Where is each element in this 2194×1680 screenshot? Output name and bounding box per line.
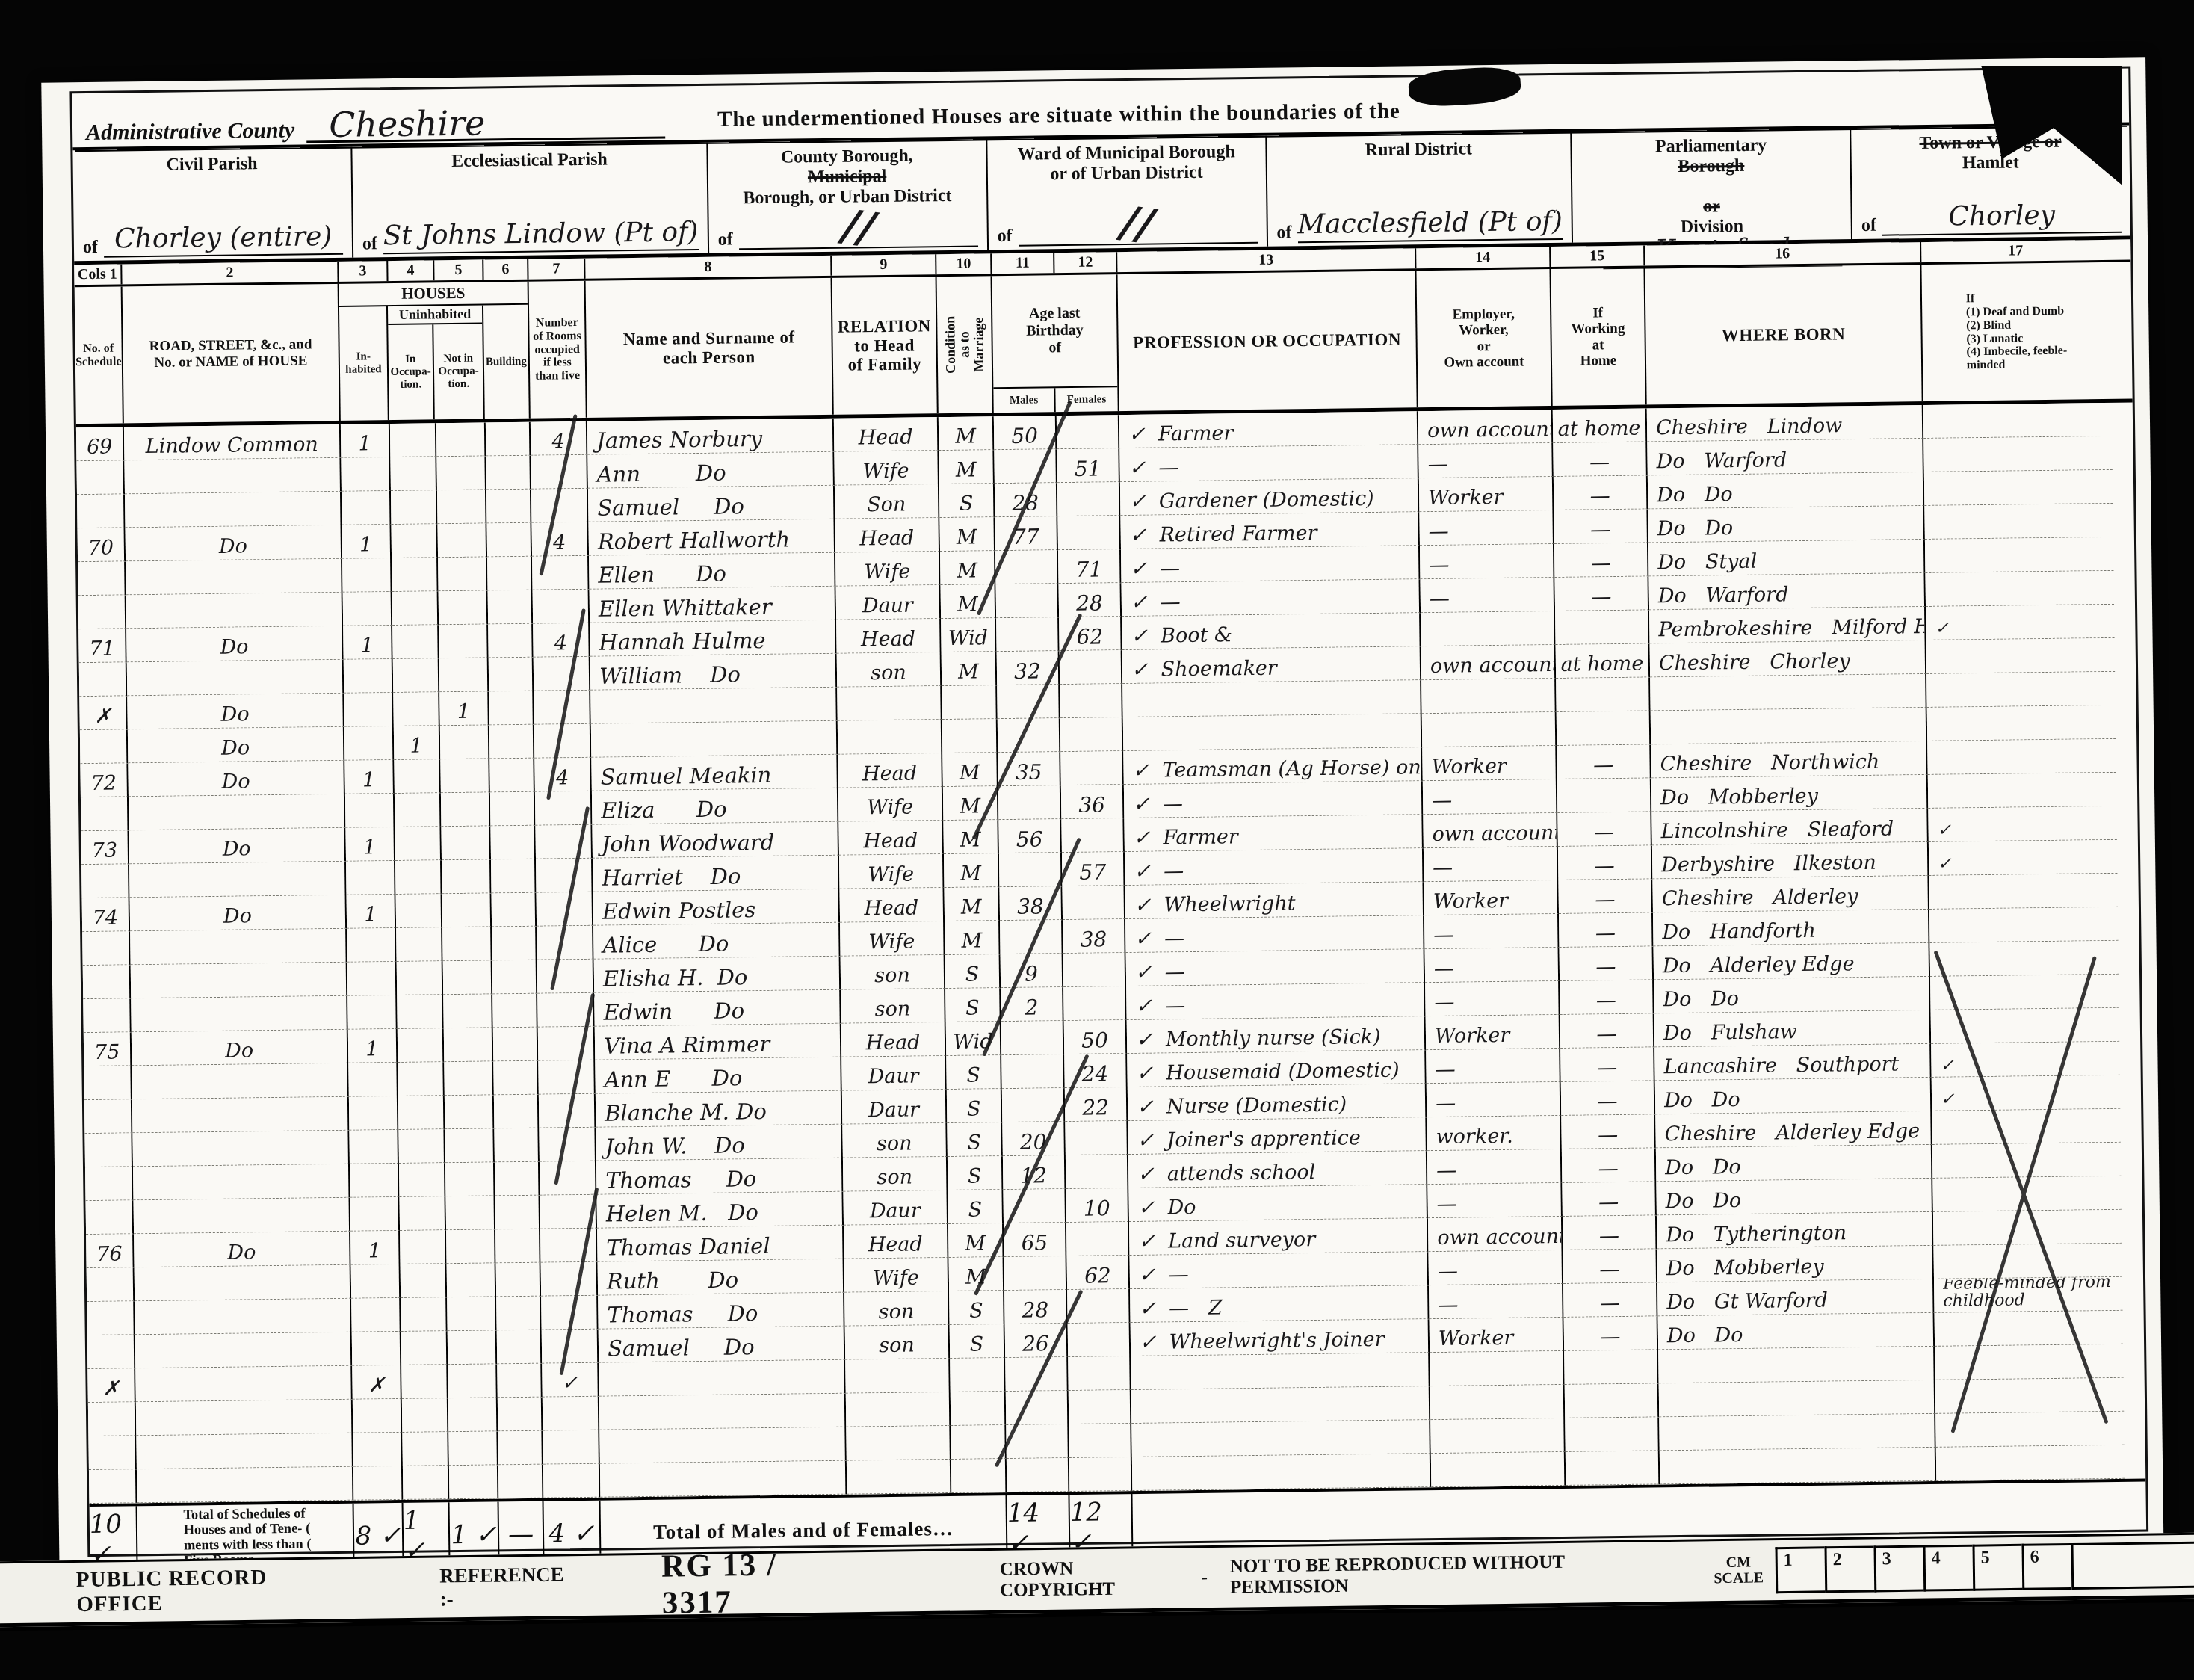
cell-i6 bbox=[489, 658, 534, 692]
cell-af bbox=[1069, 1457, 1133, 1492]
cell-born: Do Gt Warford bbox=[1657, 1279, 1935, 1317]
cm-scale-ruler: 123456 bbox=[1775, 1542, 2194, 1594]
cell-af bbox=[1068, 1356, 1131, 1391]
cell-i3 bbox=[345, 794, 395, 828]
cell-r bbox=[131, 963, 348, 999]
cell-born: Cheshire Northwich bbox=[1651, 741, 1928, 779]
cell-emp: — bbox=[1427, 1149, 1563, 1185]
cell-name: Samuel Do bbox=[588, 486, 835, 522]
cell-emp: own account bbox=[1418, 410, 1554, 445]
total-not-in-occupation: 1 ✓ bbox=[451, 1519, 496, 1550]
cell-occ: ✓ Land surveyor bbox=[1129, 1218, 1429, 1256]
cm-scale-tick: 3 bbox=[1873, 1545, 1923, 1593]
cell-i3 bbox=[353, 1399, 403, 1433]
cell-i5 bbox=[441, 792, 491, 827]
cell-inf bbox=[1924, 504, 2113, 540]
cell-s: 74 bbox=[82, 898, 131, 932]
cell-i5 bbox=[439, 658, 489, 692]
cell-name: Hannah Hulme bbox=[590, 620, 837, 657]
cell-rm bbox=[539, 1094, 596, 1128]
cell-home bbox=[1557, 778, 1652, 813]
ward-label: Ward of Municipal Borough or of Urban Di… bbox=[993, 142, 1260, 185]
cell-i4 bbox=[402, 1432, 449, 1466]
cell-i6 bbox=[498, 1465, 544, 1499]
column-number: 3 bbox=[339, 261, 388, 282]
cell-i4 bbox=[392, 524, 439, 558]
cell-name bbox=[599, 1427, 847, 1464]
cell-s: 75 bbox=[84, 1032, 132, 1066]
column-number: 4 bbox=[388, 260, 434, 281]
cell-home: — bbox=[1554, 476, 1648, 511]
cell-i6 bbox=[492, 994, 538, 1028]
cell-r: Do bbox=[127, 694, 344, 730]
cell-name: Samuel Do bbox=[599, 1327, 846, 1363]
cell-i4 bbox=[398, 1096, 445, 1130]
cell-rm: 4 bbox=[531, 421, 588, 456]
column-number: 14 bbox=[1416, 247, 1551, 268]
cell-rel: Daur bbox=[841, 1056, 947, 1091]
cell-i5 bbox=[445, 1095, 495, 1129]
cell-rel: Head bbox=[840, 888, 945, 923]
cell-cond bbox=[951, 1459, 1007, 1493]
cell-r bbox=[135, 1366, 353, 1403]
cell-rel: Son bbox=[835, 484, 940, 519]
cell-inf: ✓ bbox=[1931, 1042, 2120, 1078]
cell-s bbox=[85, 1167, 134, 1201]
cell-rel: Wife bbox=[835, 552, 941, 587]
cell-rm bbox=[542, 1330, 599, 1364]
cell-born: Cheshire Chorley bbox=[1650, 640, 1927, 678]
cell-inf bbox=[1930, 941, 2119, 977]
col-head-building: Building bbox=[483, 305, 529, 419]
cell-inf bbox=[1930, 975, 2119, 1010]
col-head-working-at-home: If Working at Home bbox=[1571, 305, 1625, 369]
cell-name: Edwin Postles bbox=[593, 889, 841, 926]
of-label: of bbox=[1276, 223, 1291, 243]
cell-i3 bbox=[353, 1466, 404, 1501]
cell-name: Eliza Do bbox=[592, 788, 839, 825]
cell-occ: ✓ Do bbox=[1128, 1185, 1428, 1222]
cell-born: Lincolnshire Sleaford bbox=[1651, 809, 1929, 846]
column-number: 5 bbox=[434, 260, 483, 281]
cell-i5 bbox=[448, 1431, 498, 1466]
cell-am bbox=[1005, 1357, 1069, 1392]
cell-i4 bbox=[391, 490, 438, 525]
cell-rel: Head bbox=[844, 1224, 949, 1259]
column-number: 8 bbox=[585, 256, 832, 279]
cell-born: Do Fulshaw bbox=[1654, 1010, 1932, 1048]
column-number: 11 bbox=[992, 253, 1054, 274]
cell-s bbox=[83, 965, 132, 999]
cell-cond: S bbox=[947, 1122, 1003, 1157]
cell-i3 bbox=[353, 1433, 403, 1467]
cell-i5 bbox=[443, 994, 493, 1028]
cell-rm bbox=[541, 1296, 599, 1330]
rural-district-label: Rural District bbox=[1273, 138, 1565, 162]
cell-rm bbox=[534, 724, 592, 759]
cell-occ bbox=[1123, 714, 1423, 751]
cell-i3: 1 bbox=[344, 760, 395, 794]
cell-i3: 1 bbox=[343, 626, 393, 660]
cell-af: 28 bbox=[1059, 583, 1122, 617]
cell-home: — bbox=[1555, 577, 1650, 612]
cell-name: Thomas Do bbox=[596, 1158, 844, 1195]
cell-i6 bbox=[488, 590, 534, 625]
cell-inf: ✓ bbox=[1928, 806, 2117, 842]
cell-born: Cheshire Alderley Edge bbox=[1655, 1111, 1932, 1149]
cell-name: Alice Do bbox=[593, 923, 841, 960]
cell-s bbox=[78, 561, 126, 596]
cell-i5 bbox=[448, 1364, 498, 1398]
cell-am bbox=[996, 584, 1060, 618]
cell-r bbox=[129, 862, 347, 898]
cell-i5 bbox=[440, 725, 490, 759]
census-table: Cols 1234567891011121314151617 No. of Sc… bbox=[74, 240, 2146, 1575]
cell-occ bbox=[1131, 1386, 1431, 1424]
cell-cond: M bbox=[942, 652, 998, 686]
cell-inf bbox=[1923, 436, 2113, 472]
cell-emp: — bbox=[1426, 1049, 1561, 1084]
cell-home bbox=[1555, 611, 1650, 646]
cell-rm bbox=[535, 791, 593, 826]
cell-rm bbox=[534, 691, 591, 725]
cell-i3: 1 bbox=[345, 827, 395, 862]
cell-i5 bbox=[449, 1465, 499, 1499]
cell-i3: 1 bbox=[341, 424, 391, 458]
cell-i5 bbox=[441, 826, 491, 860]
cell-s: 76 bbox=[86, 1234, 135, 1268]
cell-i6 bbox=[492, 960, 538, 995]
cell-rm: 4 bbox=[533, 623, 590, 658]
cell-i5 bbox=[448, 1398, 498, 1432]
cell-af: 71 bbox=[1058, 549, 1122, 584]
cell-r bbox=[126, 593, 344, 629]
cell-i6 bbox=[488, 624, 534, 658]
cell-name: Ellen Whittaker bbox=[590, 587, 837, 623]
cell-i5 bbox=[444, 1061, 494, 1096]
hamlet-value: Chorley bbox=[1882, 202, 2122, 236]
cell-occ bbox=[1131, 1353, 1430, 1390]
cell-r bbox=[126, 559, 343, 596]
cell-occ: ✓ — bbox=[1126, 949, 1426, 986]
cell-occ bbox=[1122, 680, 1422, 717]
cell-s bbox=[80, 729, 129, 764]
cell-r bbox=[135, 1265, 352, 1302]
col-head-uninhabited: Uninhabited bbox=[388, 306, 482, 326]
cell-i4 bbox=[401, 1365, 448, 1399]
cell-i3 bbox=[347, 962, 398, 996]
cell-i5 bbox=[439, 624, 489, 658]
cell-born: Do Do bbox=[1658, 1313, 1935, 1350]
cell-am bbox=[997, 685, 1060, 719]
cell-i5 bbox=[439, 590, 489, 625]
undermentioned-text: The undermentioned Houses are situate wi… bbox=[717, 99, 1400, 132]
cell-af bbox=[1060, 717, 1124, 752]
cell-i6 bbox=[492, 927, 537, 961]
cell-i3: ✗ bbox=[352, 1365, 402, 1400]
cell-rm bbox=[538, 1027, 596, 1061]
cell-am: 2 bbox=[1001, 987, 1064, 1022]
cell-af bbox=[1063, 886, 1126, 920]
cell-r bbox=[132, 1131, 350, 1167]
cell-emp: own account bbox=[1423, 813, 1558, 848]
cell-name: Harriet Do bbox=[593, 856, 840, 892]
cell-r: Do bbox=[132, 1030, 349, 1066]
cell-rm bbox=[539, 1128, 596, 1162]
cell-s bbox=[84, 1133, 133, 1167]
cell-rm bbox=[543, 1430, 600, 1465]
column-number: 13 bbox=[1117, 248, 1416, 272]
cell-i3 bbox=[351, 1264, 401, 1299]
cell-name: Edwin Do bbox=[594, 990, 841, 1027]
cell-s bbox=[83, 998, 132, 1033]
cell-born: Do Warford bbox=[1647, 439, 1924, 476]
cell-r bbox=[137, 1467, 354, 1504]
cm-scale-tick: 4 bbox=[1923, 1545, 1973, 1592]
cell-r: Do bbox=[128, 761, 345, 797]
cell-name: Ruth Do bbox=[598, 1259, 845, 1296]
cell-occ: ✓ Farmer bbox=[1124, 815, 1424, 852]
cell-s: 70 bbox=[78, 528, 126, 562]
cell-am bbox=[1007, 1458, 1070, 1492]
hamlet-label: Hamlet bbox=[1962, 152, 2019, 173]
cell-i6 bbox=[486, 422, 531, 457]
total-inhabited: 8 ✓ bbox=[355, 1521, 401, 1551]
cm-scale-tick: 6 bbox=[2021, 1543, 2071, 1590]
cell-inf bbox=[1931, 1008, 2120, 1044]
cell-inf bbox=[1933, 1210, 2122, 1246]
cell-home: — bbox=[1560, 1047, 1655, 1082]
cell-i6 bbox=[487, 557, 533, 591]
cell-born bbox=[1659, 1380, 1936, 1418]
cell-home: — bbox=[1554, 543, 1649, 578]
cell-rm bbox=[540, 1229, 598, 1263]
cell-s bbox=[78, 595, 127, 629]
of-label: of bbox=[362, 234, 377, 254]
col-head-road: ROAD, STREET, &c., and No. or NAME of HO… bbox=[149, 337, 312, 371]
cell-af: 22 bbox=[1065, 1087, 1128, 1122]
cell-af bbox=[1063, 953, 1127, 987]
cell-s bbox=[77, 494, 126, 528]
cell-i3 bbox=[346, 861, 396, 895]
cell-am bbox=[1006, 1391, 1069, 1425]
cell-home: — bbox=[1562, 1148, 1657, 1183]
col-head-relation: RELATION to Head of Family bbox=[838, 316, 932, 375]
cell-home: at home bbox=[1553, 409, 1648, 444]
cell-inf bbox=[1924, 470, 2113, 506]
cell-i4 bbox=[393, 692, 440, 726]
cell-inf bbox=[1932, 1176, 2122, 1212]
cell-i5 bbox=[446, 1196, 496, 1230]
ecclesiastical-parish-label: Ecclesiastical Parish bbox=[358, 149, 700, 173]
cell-cond: M bbox=[939, 416, 995, 451]
cell-i6 bbox=[489, 759, 535, 793]
cell-home: — bbox=[1560, 1013, 1655, 1049]
cell-born: Do Tytherington bbox=[1657, 1212, 1934, 1250]
cell-inf bbox=[1926, 638, 2116, 674]
cell-cond: M bbox=[945, 921, 1001, 955]
cell-r bbox=[129, 794, 346, 831]
cell-home: — bbox=[1554, 510, 1648, 545]
cell-af bbox=[1060, 684, 1123, 718]
cell-r: Do bbox=[126, 626, 344, 663]
cell-emp: Worker bbox=[1426, 1015, 1561, 1050]
cell-rm bbox=[535, 825, 593, 859]
cell-cond: S bbox=[945, 954, 1001, 989]
admin-county-label: Administrative County bbox=[86, 118, 295, 146]
column-number: 9 bbox=[832, 254, 936, 276]
cell-emp: — bbox=[1424, 847, 1559, 882]
total-rooms: 4 ✓ bbox=[548, 1518, 594, 1548]
cell-af bbox=[1057, 415, 1120, 449]
cell-i5 bbox=[445, 1162, 495, 1196]
cell-af bbox=[1069, 1424, 1132, 1458]
cell-emp: Worker bbox=[1422, 746, 1557, 781]
cell-i5 bbox=[444, 1028, 494, 1062]
cell-s bbox=[89, 1469, 137, 1504]
cell-i5 bbox=[446, 1229, 496, 1264]
cell-cond: S bbox=[948, 1190, 1004, 1224]
cell-i4 bbox=[390, 457, 437, 491]
cell-occ bbox=[1131, 1420, 1431, 1457]
cell-i4 bbox=[395, 793, 442, 827]
cell-i3 bbox=[344, 659, 394, 694]
cell-emp: — bbox=[1425, 981, 1560, 1016]
cell-r bbox=[135, 1332, 353, 1369]
cell-s bbox=[79, 662, 128, 697]
cell-occ: ✓ Wheelwright bbox=[1125, 882, 1425, 919]
cell-am: 26 bbox=[1005, 1324, 1069, 1358]
cell-i4 bbox=[397, 995, 444, 1029]
cell-am: 12 bbox=[1003, 1155, 1066, 1190]
civil-parish-field: Civil Parish of Chorley (entire) bbox=[72, 147, 353, 262]
cell-rel: Head bbox=[834, 417, 939, 452]
cell-rm bbox=[532, 556, 590, 590]
cell-i3 bbox=[350, 1197, 401, 1232]
cell-i6 bbox=[491, 859, 537, 894]
county-borough-value: ∕∕ bbox=[738, 212, 977, 250]
cell-cond bbox=[951, 1425, 1007, 1460]
cell-s bbox=[84, 1066, 132, 1100]
cell-occ: ✓ Wheelwright's Joiner bbox=[1131, 1319, 1430, 1356]
cell-af bbox=[1063, 986, 1127, 1021]
cell-rel bbox=[846, 1392, 951, 1427]
cell-i3 bbox=[341, 457, 391, 492]
cell-inf bbox=[1933, 1244, 2122, 1279]
cell-born: Lancashire Southport bbox=[1654, 1044, 1932, 1081]
cell-s: 72 bbox=[80, 763, 129, 797]
cell-i3 bbox=[344, 693, 394, 727]
cell-born: Do Styal bbox=[1648, 540, 1926, 577]
cell-born bbox=[1658, 1347, 1935, 1384]
cell-born: Derbyshire Ilkeston bbox=[1652, 842, 1929, 880]
cell-emp: — bbox=[1427, 1082, 1562, 1117]
cell-s: 69 bbox=[76, 427, 125, 461]
cell-s bbox=[88, 1402, 137, 1436]
cell-cond bbox=[942, 719, 998, 753]
cell-name: Robert Hallworth bbox=[589, 519, 836, 556]
cell-home: — bbox=[1563, 1282, 1658, 1318]
cell-r: Do bbox=[128, 727, 345, 764]
cell-cond: M bbox=[944, 853, 1000, 888]
cell-am: 77 bbox=[995, 516, 1058, 551]
cell-inf: Feeble-minded from childhood bbox=[1934, 1277, 2123, 1313]
county-borough-field: County Borough, Municipal Borough, or Ur… bbox=[708, 139, 989, 253]
cell-rm bbox=[537, 960, 595, 994]
county-borough-label-struck: Municipal bbox=[808, 167, 887, 187]
cell-i4 bbox=[398, 1062, 445, 1096]
cell-emp bbox=[1421, 611, 1556, 646]
cell-r bbox=[125, 492, 342, 528]
column-number: 2 bbox=[122, 262, 339, 285]
rural-district-field: Rural District of Macclesfield (Pt of) bbox=[1267, 132, 1573, 247]
cell-i4 bbox=[402, 1398, 449, 1433]
cell-i4 bbox=[403, 1466, 450, 1500]
cell-af bbox=[1057, 482, 1121, 516]
total-building: — bbox=[508, 1519, 534, 1548]
cell-i5 bbox=[436, 457, 486, 491]
cell-i3 bbox=[348, 1063, 398, 1097]
cell-occ: ✓ Retired Farmer bbox=[1120, 512, 1420, 549]
cell-occ: ✓ — bbox=[1121, 546, 1421, 583]
cell-i5 bbox=[438, 557, 488, 591]
cell-i3 bbox=[351, 1298, 401, 1332]
cell-i6 bbox=[494, 1095, 540, 1129]
cell-name bbox=[599, 1394, 847, 1430]
cell-i3 bbox=[349, 1130, 399, 1164]
column-number: 12 bbox=[1054, 252, 1117, 273]
cell-home: — bbox=[1557, 744, 1651, 779]
cell-i3: 1 bbox=[348, 1029, 398, 1063]
cell-s bbox=[87, 1335, 136, 1369]
cell-am bbox=[1001, 1021, 1065, 1055]
cell-inf bbox=[1928, 773, 2117, 809]
cell-rel: Daur bbox=[836, 585, 942, 620]
pro-office-label: PUBLIC RECORD OFFICE bbox=[76, 1564, 339, 1617]
cell-emp bbox=[1421, 679, 1557, 714]
cell-i5 bbox=[443, 960, 493, 995]
cell-i6 bbox=[486, 490, 532, 524]
cell-i5 bbox=[447, 1297, 497, 1331]
cell-home: — bbox=[1559, 912, 1654, 948]
cell-af bbox=[1061, 818, 1125, 853]
cell-rel: son bbox=[841, 989, 946, 1024]
cell-born: Do Do bbox=[1655, 1078, 1932, 1115]
cell-af bbox=[1060, 751, 1124, 785]
cell-born: Do Mobberley bbox=[1651, 775, 1929, 812]
cell-i6 bbox=[487, 523, 533, 558]
cell-home: — bbox=[1560, 980, 1654, 1015]
col-head-rooms: Number of Rooms occupied if less than fi… bbox=[533, 316, 582, 383]
cell-i3 bbox=[342, 558, 392, 593]
cell-rel: Wife bbox=[834, 451, 939, 486]
cell-born: Do Do bbox=[1648, 506, 1925, 543]
col-head-name: Name and Surname of each Person bbox=[622, 327, 795, 368]
cell-cond: M bbox=[940, 551, 996, 585]
column-number: 15 bbox=[1551, 246, 1645, 268]
cell-inf: ✓ bbox=[1929, 840, 2118, 876]
cell-name: Blanche M. Do bbox=[596, 1091, 843, 1128]
cell-am bbox=[994, 449, 1057, 484]
cell-rel: Head bbox=[835, 518, 940, 553]
cell-i5 bbox=[447, 1263, 497, 1297]
cell-am bbox=[998, 785, 1062, 820]
cell-i3 bbox=[344, 726, 395, 761]
cell-i3: 1 bbox=[347, 895, 397, 929]
cell-home: — bbox=[1563, 1249, 1658, 1284]
cell-occ: ✓ attends school bbox=[1128, 1151, 1428, 1188]
cell-name bbox=[591, 721, 838, 758]
